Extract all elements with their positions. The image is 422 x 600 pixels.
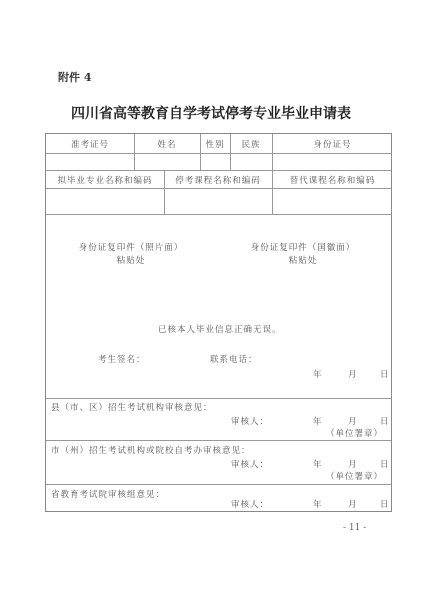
major-field[interactable] bbox=[46, 188, 164, 214]
province-review-label: 省教育考试院审核组意见： bbox=[51, 488, 165, 500]
city-review-label: 市（州）招生考试机构或院校自考办审核意见： bbox=[51, 444, 251, 456]
city-date-year: 年 bbox=[313, 458, 323, 470]
header-discontinued-course: 停考课程名称和编码 bbox=[164, 174, 272, 186]
attachment-label: 附件 4 bbox=[58, 69, 91, 85]
city-date-month: 月 bbox=[348, 458, 358, 470]
province-date-year: 年 bbox=[313, 498, 323, 510]
province-date-month: 月 bbox=[348, 498, 358, 510]
id-copy-front-paste: 粘贴处 bbox=[56, 254, 206, 266]
header-ethnicity: 民族 bbox=[230, 138, 272, 150]
form-title: 四川省高等教育自学考试停考专业毕业申请表 bbox=[0, 103, 422, 123]
city-reviewer-label: 审核人： bbox=[231, 458, 269, 470]
county-date-day: 日 bbox=[380, 415, 390, 427]
date-year: 年 bbox=[313, 368, 323, 380]
header-gender: 性别 bbox=[200, 138, 230, 150]
page-number: - 11 - bbox=[343, 523, 366, 533]
signature-label: 考生签名： bbox=[98, 353, 146, 365]
id-copy-front-label: 身份证复印件（照片面） bbox=[56, 241, 206, 253]
county-review-label: 县（市、区）招生考试机构审核意见： bbox=[51, 401, 213, 413]
date-month: 月 bbox=[348, 368, 358, 380]
id-copy-back-paste: 粘贴处 bbox=[228, 254, 378, 266]
name-field[interactable] bbox=[134, 153, 200, 170]
row-divider bbox=[46, 214, 391, 215]
ethnicity-field[interactable] bbox=[230, 153, 272, 170]
header-substitute-course: 替代课程名称和编码 bbox=[272, 174, 393, 186]
row-divider bbox=[46, 484, 391, 485]
gender-field[interactable] bbox=[200, 153, 230, 170]
header-id-number: 身份证号 bbox=[272, 138, 393, 150]
phone-label: 联系电话： bbox=[210, 353, 258, 365]
county-date-year: 年 bbox=[313, 415, 323, 427]
application-form-table: 准考证号 姓名 性别 民族 身份证号 拟毕业专业名称和编码 停考课程名称和编码 … bbox=[45, 133, 392, 512]
confirmation-text: 已核本人毕业信息正确无误。 bbox=[158, 323, 282, 335]
province-reviewer-label: 审核人： bbox=[231, 498, 269, 510]
header-name: 姓名 bbox=[134, 138, 200, 150]
header-major: 拟毕业专业名称和编码 bbox=[46, 174, 164, 186]
exam-number-field[interactable] bbox=[46, 153, 134, 170]
header-exam-number: 准考证号 bbox=[46, 138, 134, 150]
discontinued-course-field[interactable] bbox=[164, 188, 272, 214]
id-copy-back-label: 身份证复印件（国徽面） bbox=[228, 241, 378, 253]
substitute-course-field[interactable] bbox=[272, 188, 393, 214]
county-date-month: 月 bbox=[348, 415, 358, 427]
city-date-day: 日 bbox=[380, 458, 390, 470]
county-seal: （单位署章） bbox=[326, 427, 383, 439]
id-number-field[interactable] bbox=[272, 153, 393, 170]
row-divider bbox=[46, 170, 391, 171]
province-date-day: 日 bbox=[380, 498, 390, 510]
row-divider bbox=[46, 440, 391, 441]
row-divider bbox=[46, 398, 391, 399]
city-seal: （单位署章） bbox=[326, 470, 383, 482]
date-day: 日 bbox=[380, 368, 390, 380]
county-reviewer-label: 审核人： bbox=[231, 415, 269, 427]
